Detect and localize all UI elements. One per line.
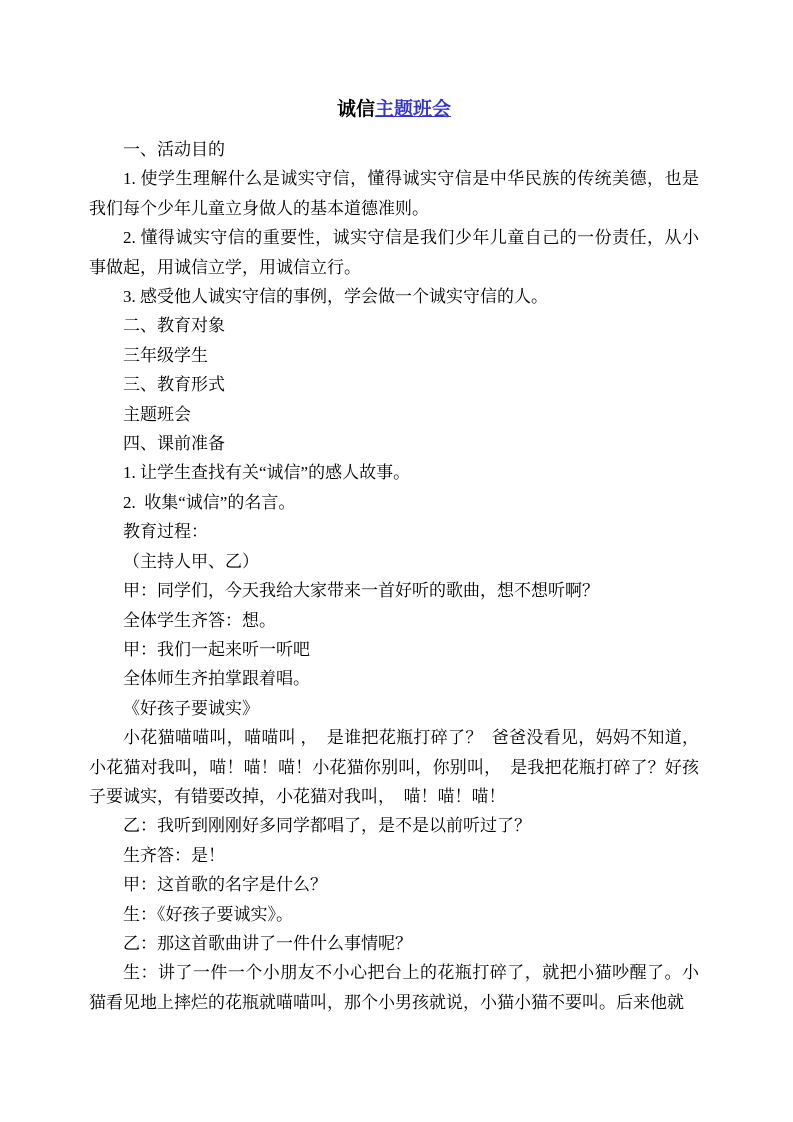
paragraph: 甲：我们一起来听一听吧 (89, 635, 699, 664)
paragraph: 一、活动目的 (89, 135, 699, 164)
paragraph: 四、课前准备 (89, 429, 699, 458)
paragraph: 主题班会 (89, 400, 699, 429)
paragraph: 生：讲了一件一个小朋友不小心把台上的花瓶打碎了，就把小猫吵醒了。小猫看见地上摔烂… (89, 958, 699, 1017)
document-page: 诚信主题班会 一、活动目的1. 使学生理解什么是诚实守信，懂得诚实守信是中华民族… (0, 0, 793, 1122)
paragraph: 教育过程： (89, 517, 699, 546)
paragraph: 甲：这首歌的名字是什么？ (89, 870, 699, 899)
document-title: 诚信主题班会 (89, 97, 699, 123)
paragraph: 2. 懂得诚实守信的重要性，诚实守信是我们少年儿童自己的一份责任，从小事做起，用… (89, 223, 699, 282)
paragraph: 《好孩子要诚实》 (89, 694, 699, 723)
paragraph: 3. 感受他人诚实守信的事例，学会做一个诚实守信的人。 (89, 282, 699, 311)
paragraph: 三年级学生 (89, 341, 699, 370)
paragraph: 生：《好孩子要诚实》。 (89, 900, 699, 929)
paragraph: 乙：我听到刚刚好多同学都唱了，是不是以前听过了？ (89, 811, 699, 840)
title-text: 诚信 (337, 99, 375, 120)
paragraph: 1. 使学生理解什么是诚实守信，懂得诚实守信是中华民族的传统美德，也是我们每个少… (89, 164, 699, 223)
paragraph: 甲：同学们，今天我给大家带来一首好听的歌曲，想不想听啊？ (89, 576, 699, 605)
paragraph: 1. 让学生查找有关“诚信”的感人故事。 (89, 458, 699, 487)
document-body: 一、活动目的1. 使学生理解什么是诚实守信，懂得诚实守信是中华民族的传统美德，也… (89, 135, 699, 1017)
paragraph: 乙：那这首歌曲讲了一件什么事情呢？ (89, 929, 699, 958)
paragraph: 二、教育对象 (89, 311, 699, 340)
title-link[interactable]: 主题班会 (375, 99, 451, 120)
paragraph: 三、教育形式 (89, 370, 699, 399)
paragraph: 全体师生齐拍掌跟着唱。 (89, 664, 699, 693)
paragraph: 2. 收集“诚信”的名言。 (89, 488, 699, 517)
paragraph: 全体学生齐答：想。 (89, 606, 699, 635)
paragraph: 生齐答：是！ (89, 841, 699, 870)
paragraph: 小花猫喵喵叫，喵喵叫 ， 是谁把花瓶打碎了？ 爸爸没看见，妈妈不知道，小花猫对我… (89, 723, 699, 811)
paragraph: （主持人甲、乙） (89, 547, 699, 576)
